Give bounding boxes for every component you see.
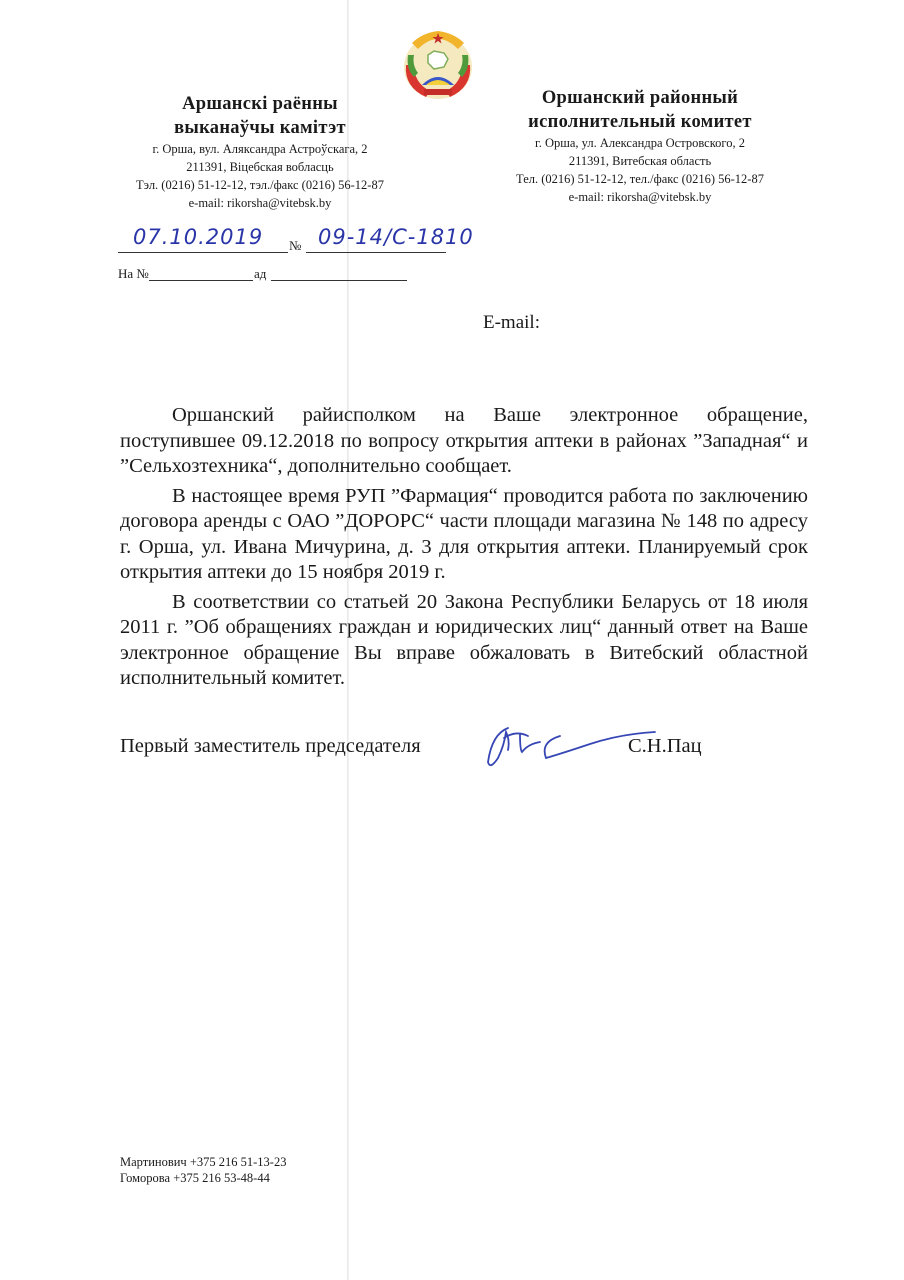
signatory-position: Первый заместитель председателя (120, 735, 421, 757)
org-postal: 211391, Витебская область (495, 152, 785, 170)
contact-line: Гоморова +375 216 53-48-44 (120, 1170, 286, 1186)
org-postal: 211391, Віцебская вобласць (110, 158, 410, 176)
contacts-block: Мартинович +375 216 51-13-23 Гоморова +3… (120, 1154, 286, 1186)
org-name-line2: исполнительный комитет (495, 110, 785, 134)
letter-body: Оршанский райисполком на Ваше электронно… (120, 403, 808, 696)
contact-line: Мартинович +375 216 51-13-23 (120, 1154, 286, 1170)
reference-label: На № (118, 266, 149, 282)
org-name-line1: Оршанский районный (495, 86, 785, 110)
org-name-line2: выканаўчы камітэт (110, 116, 410, 140)
org-address: г. Орша, ул. Александра Островского, 2 (495, 134, 785, 152)
belarus-coat-of-arms-icon (398, 25, 478, 103)
reference-from-label: ад (254, 266, 266, 282)
org-email: e-mail: rikorsha@vitebsk.by (495, 188, 785, 206)
org-phone: Тел. (0216) 51-12-12, тел./факс (0216) 5… (495, 170, 785, 188)
org-phone: Тэл. (0216) 51-12-12, тэл./факс (0216) 5… (110, 176, 410, 194)
paragraph-1: Оршанский райисполком на Ваше электронно… (120, 403, 808, 480)
org-email: e-mail: rikorsha@vitebsk.by (110, 194, 410, 212)
paragraph-3: В соответствии со статьей 20 Закона Респ… (120, 590, 808, 692)
org-name-line1: Аршанскі раённы (110, 92, 410, 116)
header-russian: Оршанский районный исполнительный комите… (495, 86, 785, 206)
org-address: г. Орша, вул. Аляксандра Астроўскага, 2 (110, 140, 410, 158)
handwritten-number: 09-14/С-1810 (318, 225, 474, 249)
handwritten-signature-icon (480, 722, 660, 777)
recipient-email-label: E-mail: (483, 312, 540, 334)
handwritten-date: 07.10.2019 (133, 225, 263, 249)
number-label: № (289, 238, 301, 254)
paragraph-2: В настоящее время РУП ”Фармация“ проводи… (120, 484, 808, 586)
header-belarusian: Аршанскі раённы выканаўчы камітэт г. Орш… (110, 92, 410, 212)
